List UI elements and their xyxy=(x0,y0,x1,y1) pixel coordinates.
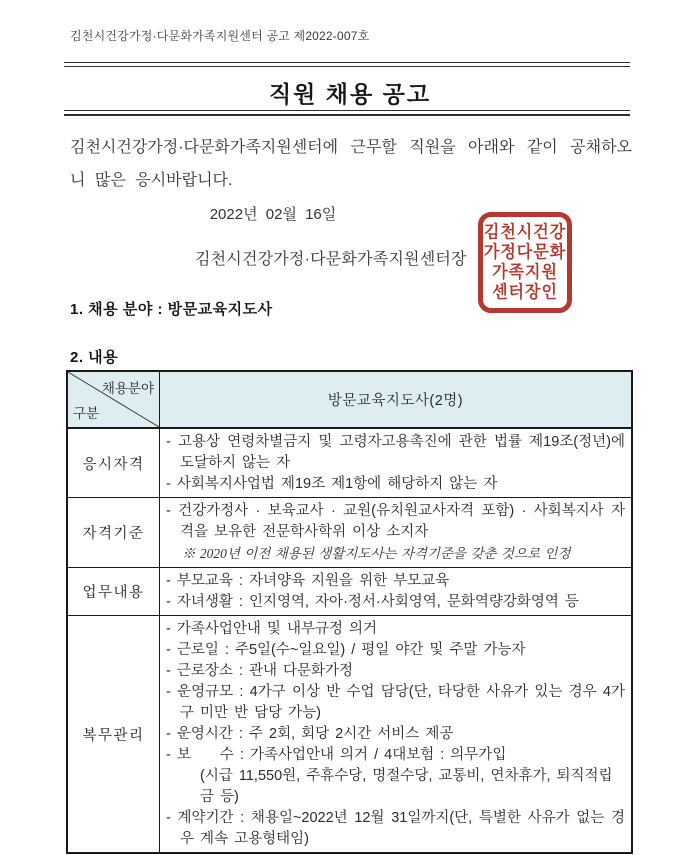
row-content: - 가족사업안내 및 내부규정 의거 - 근로일 : 주5일(수~일요일) / … xyxy=(160,616,631,852)
content-item: - 운영규모 : 4가구 이상 반 수업 담당(단, 타당한 사유가 있는 경우… xyxy=(166,682,625,724)
content-item: - 보 수 : 가족사업안내 의거 / 4대보험 : 의무가입 xyxy=(166,745,625,766)
recruitment-table: 채용분야 구분 방문교육지도사(2명) 응시자격 - 고용상 연령차별금지 및 … xyxy=(66,370,633,854)
section-1-heading: 1. 채용 분야 : 방문교육지도사 xyxy=(70,298,273,319)
table-row-eligibility: 응시자격 - 고용상 연령차별금지 및 고령자고용촉진에 관한 법률 제19조(… xyxy=(68,427,631,497)
intro-paragraph: 김천시건강가정·다문화가족지원센터에 근무할 직원을 아래와 같이 공채하오니 … xyxy=(70,131,632,197)
row-content: - 부모교육 : 자녀양육 지원을 위한 부모교육 - 자녀생활 : 인지영역,… xyxy=(160,568,631,615)
date-line: 2022년 02월 16일 xyxy=(70,203,476,224)
doc-number: 김천시건강가정·다문화가족지원센터 공고 제2022-007호 xyxy=(70,27,369,44)
row-content: - 고용상 연령차별금지 및 고령자고용촉진에 관한 법률 제19조(정년)에 … xyxy=(160,429,631,497)
page-title: 직원 채용 공고 xyxy=(0,76,700,109)
section-2-heading: 2. 내용 xyxy=(70,346,118,367)
table-row-qualification: 자격기준 - 건강가정사 · 보육교사 · 교원(유치원교사자격 포함) · 사… xyxy=(68,497,631,567)
title-rule-top xyxy=(64,62,630,67)
table-header-row: 채용분야 구분 방문교육지도사(2명) xyxy=(68,372,631,427)
content-item: - 고용상 연령차별금지 및 고령자고용촉진에 관한 법률 제19조(정년)에 … xyxy=(166,432,625,474)
content-item: - 운영시간 : 주 2회, 회당 2시간 서비스 제공 xyxy=(166,724,625,745)
content-item: - 자녀생활 : 인지영역, 자아·정서·사회영역, 문화역량강화영역 등 xyxy=(166,592,625,613)
content-item-note: ※ 2020년 이전 채용된 생활지도사는 자격기준을 갖춘 것으로 인정 xyxy=(166,543,625,564)
content-item: - 계약기간 : 채용일~2022년 12월 31일까지(단, 특별한 사유가 … xyxy=(166,808,625,850)
row-label: 응시자격 xyxy=(68,429,160,497)
official-seal: 김천시건강 가정다문화 가족지원 센터장인 xyxy=(478,212,572,313)
corner-label-recruit-field: 채용분야 xyxy=(102,377,154,397)
seal-text-line: 가정다문화 xyxy=(484,242,566,264)
seal-text-line: 김천시건강 xyxy=(484,222,566,244)
title-rule-bottom xyxy=(64,110,630,116)
table-row-duties: 업무내용 - 부모교육 : 자녀양육 지원을 위한 부모교육 - 자녀생활 : … xyxy=(68,567,631,615)
content-item: - 근로일 : 주5일(수~일요일) / 평일 야간 및 주말 가능자 xyxy=(166,640,625,661)
table-corner-cell: 채용분야 구분 xyxy=(68,372,160,427)
content-item: - 근로장소 : 관내 다문화가정 xyxy=(166,661,625,682)
signer-line: 김천시건강가정·다문화가족지원센터장 xyxy=(195,246,467,269)
row-label: 복무관리 xyxy=(68,616,160,852)
position-header-cell: 방문교육지도사(2명) xyxy=(160,372,631,427)
row-content: - 건강가정사 · 보육교사 · 교원(유치원교사자격 포함) · 사회복지사 … xyxy=(160,498,631,567)
seal-text-line: 가족지원 xyxy=(492,262,558,284)
content-item: - 부모교육 : 자녀양육 지원을 위한 부모교육 xyxy=(166,571,625,592)
content-item: - 건강가정사 · 보육교사 · 교원(유치원교사자격 포함) · 사회복지사 … xyxy=(166,501,625,543)
seal-text-line: 센터장인 xyxy=(492,282,558,304)
table-row-service: 복무관리 - 가족사업안내 및 내부규정 의거 - 근로일 : 주5일(수~일요… xyxy=(68,615,631,852)
row-label: 업무내용 xyxy=(68,568,160,615)
corner-label-category: 구분 xyxy=(73,402,99,422)
content-item: - 사회복지사업법 제19조 제1항에 해당하지 않는 자 xyxy=(166,474,625,495)
content-item-sub: (시급 11,550원, 주휴수당, 명절수당, 교통비, 연차휴가, 퇴직적립… xyxy=(166,766,625,808)
row-label: 자격기준 xyxy=(68,498,160,567)
announcement-document: 김천시건강가정·다문화가족지원센터 공고 제2022-007호 직원 채용 공고… xyxy=(0,0,700,855)
content-item: - 가족사업안내 및 내부규정 의거 xyxy=(166,619,625,640)
